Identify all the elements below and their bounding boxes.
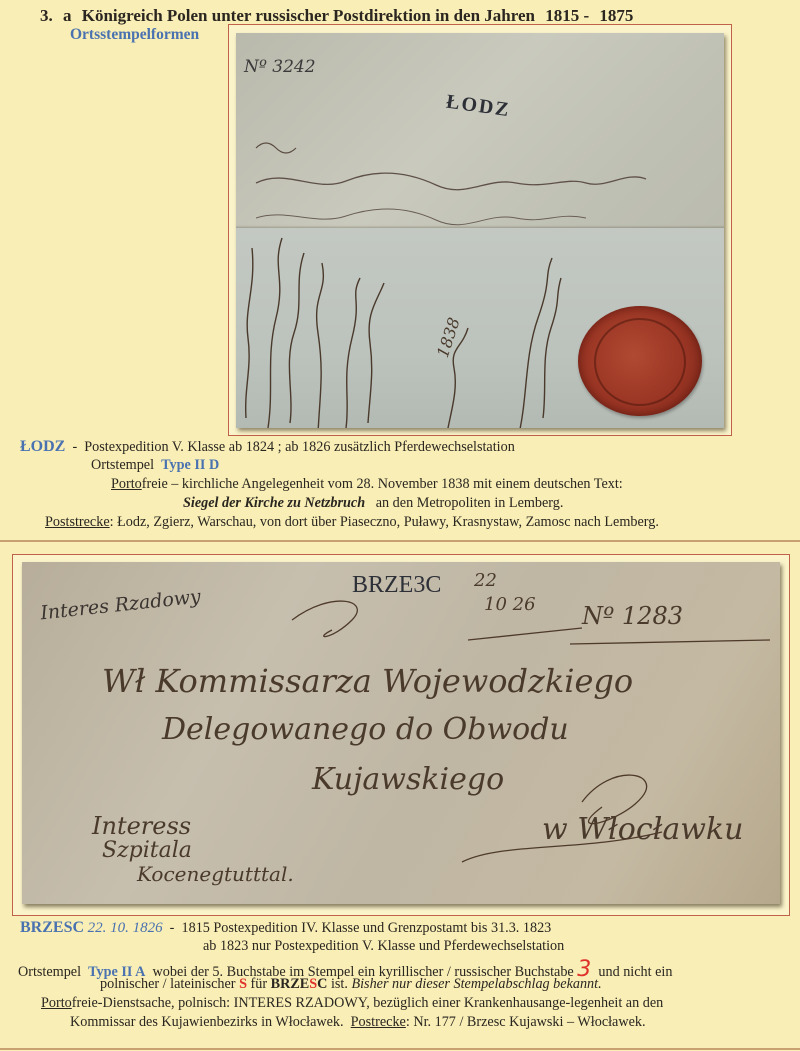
lodz-line-4: Siegel der Kirche zu Netzbruch an den Me…: [183, 495, 563, 512]
brzesc-line-4: polnischer / lateinischer S für BRZESC i…: [100, 976, 602, 993]
seal-text: Siegel der Kirche zu Netzbruch: [183, 495, 365, 511]
section-letter: a: [63, 6, 72, 25]
porto-label: Porto: [41, 995, 72, 1011]
route-text: : Łodz, Zgierz, Warschau, von dort über …: [110, 514, 659, 530]
lodz-description: freie – kirchliche Angelegenheit vom 28.…: [142, 476, 623, 492]
recipient-text: an den Metropoliten in Lemberg.: [376, 495, 564, 511]
ortstempel-label: Ortstempel: [18, 964, 81, 980]
brzesc-line-2: ab 1823 nur Postexpedition V. Klasse und…: [203, 938, 564, 955]
brzesc-line-6: Kommissar des Kujawienbezirks in Włocław…: [70, 1014, 646, 1031]
brzesc-description: freie-Dienstsache, polnisch: INTERES RZA…: [72, 995, 663, 1011]
fuer: für: [251, 976, 268, 992]
brzesc-history-2: ab 1823 nur Postexpedition V. Klasse und…: [203, 938, 564, 954]
stamp-type-lodz: Type II D: [161, 457, 219, 473]
lodz-history: Postexpedition V. Klasse ab 1824 ; ab 18…: [84, 439, 515, 455]
brzesc-letter-image: Interes Rzadowy BRZE3C 22 10 26 Nº 1283 …: [22, 562, 780, 904]
postrecke-label: Postrecke: [351, 1014, 406, 1030]
poststrecke-label: Poststrecke: [45, 514, 110, 530]
latin-note: polnischer / lateinischer: [100, 976, 236, 992]
recipient-text: Kommissar des Kujawienbezirks in Włocław…: [70, 1014, 344, 1030]
lodz-line-1: ŁODZ - Postexpedition V. Klasse ab 1824 …: [20, 438, 515, 456]
bottom-divider: [0, 1048, 800, 1050]
flourish-lines: [22, 562, 780, 904]
brzesc-line-1: BRZESC 22. 10. 1826 - 1815 Postexpeditio…: [20, 919, 551, 937]
lodz-line-2: Ortstempel Type II D: [91, 457, 219, 474]
heading-title: Königreich Polen unter russischer Postdi…: [82, 6, 535, 25]
dash: -: [170, 920, 175, 936]
brzesc-s: S: [309, 976, 317, 992]
known-note: Bisher nur dieser Stempelabschlag bekann…: [351, 976, 601, 992]
section-divider: [0, 540, 800, 542]
brzesc-line-5: Portofreie-Dienstsache, polnisch: INTERE…: [41, 995, 663, 1012]
ist: ist.: [331, 976, 348, 992]
brze-part: BRZE: [271, 976, 310, 992]
page-heading: 3. a Königreich Polen unter russischer P…: [40, 6, 633, 26]
red-wax-seal: [578, 306, 702, 416]
lodz-letter-image: Nº 3242 ŁODZ 1838: [236, 33, 724, 428]
brzesc-c: C: [317, 976, 327, 992]
letter-date: 22. 10. 1826: [88, 920, 163, 936]
place-name-brzesc: BRZESC: [20, 919, 84, 936]
dash: -: [72, 439, 77, 455]
year-to: 1875: [599, 6, 633, 25]
brzesc-history-1: 1815 Postexpedition IV. Klasse und Grenz…: [182, 920, 552, 936]
letter-note-end: und nicht ein: [598, 964, 672, 980]
latin-s: S: [239, 976, 247, 992]
page-subtitle: Ortsstempelformen: [70, 26, 199, 44]
section-number: 3.: [40, 6, 53, 25]
year-from: 1815 -: [545, 6, 589, 25]
place-name-lodz: ŁODZ: [20, 438, 65, 455]
lodz-line-5: Poststrecke: Łodz, Zgierz, Warschau, von…: [45, 514, 659, 531]
lodz-line-3: Portofreie – kirchliche Angelegenheit vo…: [111, 476, 623, 493]
address-handwriting: [236, 33, 724, 233]
porto-label: Porto: [111, 476, 142, 492]
ortstempel-label: Ortstempel: [91, 457, 154, 473]
route-text: : Nr. 177 / Brzesc Kujawski – Włocławek.: [406, 1014, 646, 1030]
